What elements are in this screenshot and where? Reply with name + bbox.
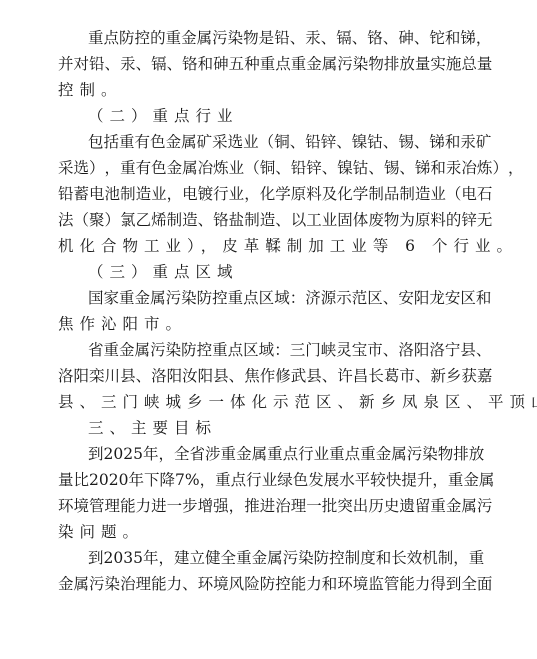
text-line: 量比2020年下降7%，重点行业绿色发展水平较快提升，重金属	[58, 467, 472, 493]
section-subheading: （三）重点区域	[58, 259, 472, 285]
text-line: 县、三门峡城乡一体化示范区、新乡凤泉区、平顶山汝州市。	[58, 389, 472, 415]
text-line: 并对铅、汞、镉、铬和砷五种重点重金属污染物排放量实施总量	[58, 51, 472, 77]
text-line: 洛阳栾川县、洛阳汝阳县、焦作修武县、许昌长葛市、新乡获嘉	[58, 363, 472, 389]
text-line: 省重金属污染防控重点区域：三门峡灵宝市、洛阳洛宁县、	[58, 337, 472, 363]
text-line: 控制。	[58, 77, 472, 103]
text-line: 焦作沁阳市。	[58, 311, 472, 337]
text-line: 包括重有色金属矿采选业（铜、铅锌、镍钴、锡、锑和汞矿	[58, 129, 472, 155]
section-heading: 三、主要目标	[58, 415, 472, 441]
text-line: 染问题。	[58, 519, 472, 545]
text-line: 国家重金属污染防控重点区域：济源示范区、安阳龙安区和	[58, 285, 472, 311]
text-line: 铅蓄电池制造业，电镀行业，化学原料及化学制品制造业（电石	[58, 181, 472, 207]
text-line: 到2035年，建立健全重金属污染防控制度和长效机制，重	[58, 545, 472, 571]
text-line: 环境管理能力进一步增强，推进治理一批突出历史遗留重金属污	[58, 493, 472, 519]
text-line: 金属污染治理能力、环境风险防控能力和环境监管能力得到全面	[58, 571, 472, 597]
text-line: 重点防控的重金属污染物是铅、汞、镉、铬、砷、铊和锑，	[58, 25, 472, 51]
text-line: 采选），重有色金属冶炼业（铜、铅锌、镍钴、锡、锑和汞冶炼），	[58, 155, 472, 181]
section-subheading: （二）重点行业	[58, 103, 472, 129]
text-line: 到2025年，全省涉重金属重点行业重点重金属污染物排放	[58, 441, 472, 467]
text-line: 法（聚）氯乙烯制造、铬盐制造、以工业固体废物为原料的锌无	[58, 207, 472, 233]
text-line: 机化合物工业），皮革鞣制加工业等 6 个行业。	[58, 233, 472, 259]
document-page: 重点防控的重金属污染物是铅、汞、镉、铬、砷、铊和锑， 并对铅、汞、镉、铬和砷五种…	[58, 25, 472, 597]
